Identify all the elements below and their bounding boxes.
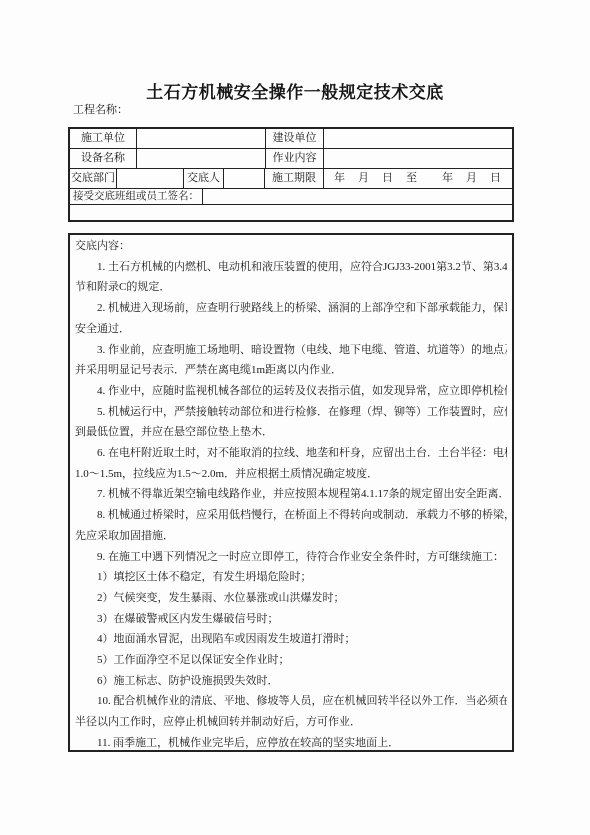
signature-label: 接受交底班组或员工签名： [70, 189, 203, 204]
content-line: 6. 在电杆附近取土时，对不能取消的拉线、地垄和杆身，应留出土台．土台半径：电杆… [75, 443, 507, 464]
discloser-label: 交底人 [184, 169, 224, 188]
form-row-signature: 接受交底班组或员工签名： [70, 189, 512, 205]
content-line: 5. 机械运行中，严禁接触转动部位和进行检修．在修理（焊、铆等）工作装置时，应使… [75, 402, 507, 423]
disclosure-department-value [117, 169, 184, 188]
construction-period-value: 年 月 日 至 年 月 日 [324, 169, 512, 188]
work-content-label: 作业内容 [266, 149, 324, 168]
construction-unit-value [137, 129, 266, 148]
content-subitem-line: 1）填挖区土体不稳定，有发生坍塌危险时； [75, 567, 507, 588]
content-line: 1.0～1.5m，拉线应为1.5～2.0m．并应根据土质情况确定坡度． [75, 464, 507, 485]
equipment-name-value [137, 149, 266, 168]
content-line: 节和附录C的规定． [75, 277, 507, 298]
content-subitem-line: 2）气候突变，发生暴雨、水位暴涨或山洪爆发时； [75, 588, 507, 609]
blank-row-cell [70, 205, 512, 220]
disclosure-department-label: 交底部门 [70, 169, 117, 188]
content-line: 11. 雨季施工，机械作业完毕后，应停放在较高的坚实地面上． [75, 733, 507, 752]
content-line: 安全通过． [75, 319, 507, 340]
client-unit-value [324, 129, 512, 148]
content-heading: 交底内容： [75, 236, 507, 257]
construction-period-label: 施工期限 [265, 169, 324, 188]
content-line: 并采用明显记号表示．严禁在离电缆1m距离以内作业． [75, 360, 507, 381]
content-line: 7. 机械不得靠近架空输电线路作业，并应按照本规程第4.1.17条的规定留出安全… [75, 484, 507, 505]
form-row-equipment: 设备名称 作业内容 [70, 149, 512, 169]
disclosure-content-box: 交底内容： 1. 土石方机械的内燃机、电动机和液压装置的使用，应符合JGJ33-… [68, 233, 514, 752]
content-subitem-line: 4）地面涌水冒泥，出现陷车或因雨发生坡道打滑时； [75, 629, 507, 650]
header-form-table: 施工单位 建设单位 设备名称 作业内容 交底部门 交底人 施工期限 年 月 日 … [68, 127, 514, 222]
content-line: 4. 作业中，应随时监视机械各部位的运转及仪表指示值，如发现异常，应立即停机检修… [75, 381, 507, 402]
content-subitem-line: 6）施工标志、防护设施损毁失效时． [75, 671, 507, 692]
content-subitem-line: 3）在爆破警戒区内发生爆破信号时； [75, 609, 507, 630]
content-line: 9. 在施工中遇下列情况之一时应立即停工，待符合作业安全条件时，方可继续施工： [75, 547, 507, 568]
content-line: 2. 机械进入现场前，应查明行驶路线上的桥梁、涵洞的上部净空和下部承载能力，保证… [75, 298, 507, 319]
content-line: 8. 机械通过桥梁时，应采用低档慢行，在桥面上不得转向或制动．承载力不够的桥梁，… [75, 505, 507, 526]
form-row-disclosure: 交底部门 交底人 施工期限 年 月 日 至 年 月 日 [70, 169, 512, 189]
project-name-label: 工程名称： [73, 101, 128, 117]
content-line: 先应采取加固措施． [75, 526, 507, 547]
content-line: 到最低位置，并应在悬空部位垫上垫木． [75, 422, 507, 443]
form-row-units: 施工单位 建设单位 [70, 129, 512, 149]
content-line: 3. 作业前，应查明施工场地明、暗设置物（电线、地下电缆、管道、坑道等）的地点及… [75, 340, 507, 361]
signature-value [203, 189, 512, 204]
document-title: 土石方机械安全操作一般规定技术交底 [0, 78, 590, 103]
client-unit-label: 建设单位 [266, 129, 324, 148]
work-content-value [324, 149, 512, 168]
equipment-name-label: 设备名称 [70, 149, 137, 168]
construction-unit-label: 施工单位 [70, 129, 137, 148]
content-line: 半径以内工作时，应停止机械回转并制动好后，方可作业． [75, 712, 507, 733]
content-line: 1. 土石方机械的内燃机、电动机和液压装置的使用，应符合JGJ33-2001第3… [75, 257, 507, 278]
discloser-value [224, 169, 265, 188]
form-row-blank [70, 205, 512, 220]
content-line: 10. 配合机械作业的清底、平地、修坡等人员，应在机械回转半径以外工作．当必须在… [75, 691, 507, 712]
content-subitem-line: 5）工作面净空不足以保证安全作业时； [75, 650, 507, 671]
